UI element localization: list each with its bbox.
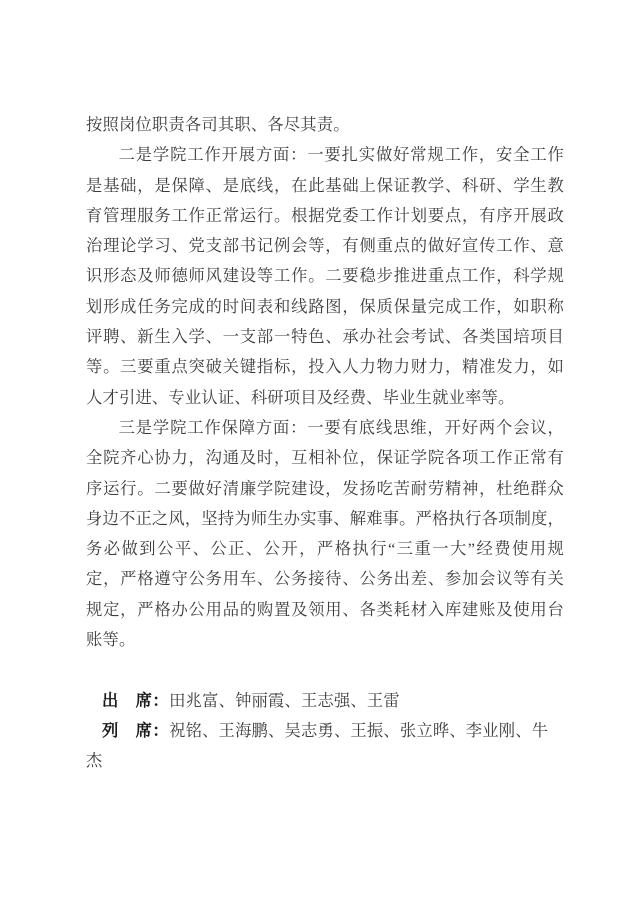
attendance-present-names: 田兆富、钟丽霞、王志强、王雷 (169, 691, 400, 710)
document-page: 按照岗位职责各司其职、各尽其责。 二是学院工作开展方面：一要扎实做好常规工作，安… (0, 0, 639, 905)
body-line: 全院齐心协力，沟通及时，互相补位，保证学院各项工作正常有 (86, 443, 564, 473)
attendance-observers-overflow: 杰 (86, 746, 564, 776)
body-line: 三是学院工作保障方面：一要有底线思维，开好两个会议， (86, 413, 564, 443)
attendance-line-observers: 列 席：祝铭、王海鹏、吴志勇、王振、张立晔、李业刚、牛 (86, 716, 564, 746)
body-line: 二是学院工作开展方面：一要扎实做好常规工作，安全工作 (86, 140, 564, 170)
body-line: 账等。 (86, 625, 564, 655)
body-line: 治理论学习、党支部书记例会等，有侧重点的做好宣传工作、意 (86, 231, 564, 261)
attendance-observers-label: 列 席： (102, 721, 169, 740)
body-line: 身边不正之风，坚持为师生办实事、解难事。严格执行各项制度， (86, 504, 564, 534)
body-line: 规定，严格办公用品的购置及领用、各类耗材入库建账及使用台 (86, 595, 564, 625)
attendance-line-present: 出 席：田兆富、钟丽霞、王志强、王雷 (86, 686, 564, 716)
body-line: 按照岗位职责各司其职、各尽其责。 (86, 110, 564, 140)
body-line: 育管理服务工作正常运行。根据党委工作计划要点，有序开展政 (86, 201, 564, 231)
body-line: 是基础，是保障、是底线，在此基础上保证教学、科研、学生教 (86, 171, 564, 201)
attendance-present-label: 出 席： (102, 691, 169, 710)
body-line: 评聘、新生入学、一支部一特色、承办社会考试、各类国培项目 (86, 322, 564, 352)
body-line: 人才引进、专业认证、科研项目及经费、毕业生就业率等。 (86, 383, 564, 413)
body-line: 务必做到公平、公正、公开，严格执行“三重一大”经费使用规 (86, 534, 564, 564)
blank-line (86, 655, 564, 685)
document-body: 按照岗位职责各司其职、各尽其责。 二是学院工作开展方面：一要扎实做好常规工作，安… (86, 110, 564, 777)
body-line: 定，严格遵守公务用车、公务接待、公务出差、参加会议等有关 (86, 564, 564, 594)
body-line: 识形态及师德师风建设等工作。二要稳步推进重点工作，科学规 (86, 261, 564, 291)
attendance-observers-names: 祝铭、王海鹏、吴志勇、王振、张立晔、李业刚、牛 (169, 721, 548, 740)
body-line: 序运行。二要做好清廉学院建设，发扬吃苦耐劳精神，杜绝群众 (86, 474, 564, 504)
body-line: 划形成任务完成的时间表和线路图，保质保量完成工作，如职称 (86, 292, 564, 322)
body-line: 等。三要重点突破关键指标，投入人力物力财力，精准发力，如 (86, 352, 564, 382)
